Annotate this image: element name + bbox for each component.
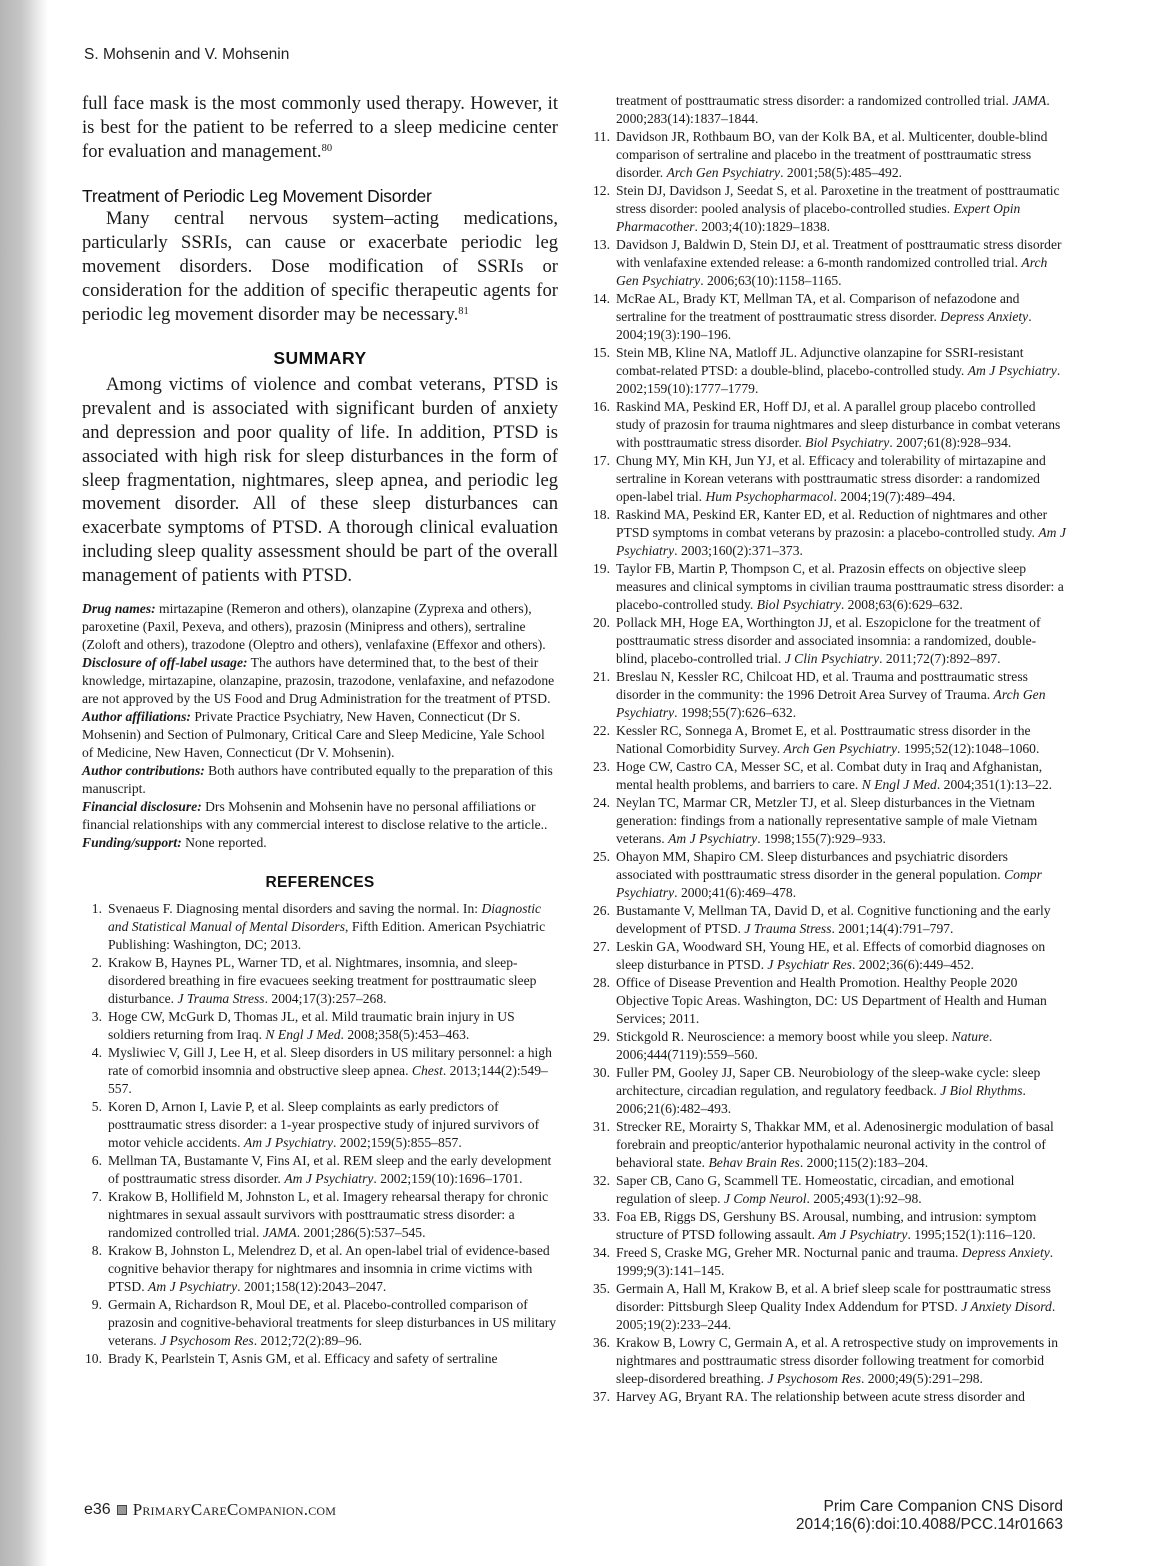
reference-journal: J Psychiatr Res xyxy=(767,957,852,972)
reference-journal: Nature xyxy=(952,1029,989,1044)
plmd-heading: Treatment of Periodic Leg Movement Disor… xyxy=(82,185,558,207)
reference-journal: JAMA xyxy=(263,1225,297,1240)
footer-left: e36 PrimaryCareCompanion.com xyxy=(84,1500,336,1520)
reference-citation: . 1998;155(7):929–933. xyxy=(757,831,886,846)
reference-journal: N Engl J Med xyxy=(862,777,937,792)
reference-citation: . 2004;19(7):489–494. xyxy=(833,489,955,504)
reference-number: 34. xyxy=(590,1244,610,1262)
reference-number: 1. xyxy=(82,900,102,918)
reference-citation: . 2001;14(4):791–797. xyxy=(832,921,954,936)
citation-80[interactable]: 80 xyxy=(322,143,333,154)
reference-journal: Am J Psychiatry xyxy=(968,363,1057,378)
note-label: Author contributions: xyxy=(82,763,205,778)
reference-item: 33.Foa EB, Riggs DS, Gershuny BS. Arousa… xyxy=(590,1208,1066,1244)
page-edge-shadow xyxy=(0,0,48,1566)
page-number: e36 xyxy=(84,1501,111,1519)
reference-item: 9.Germain A, Richardson R, Moul DE, et a… xyxy=(82,1296,558,1350)
reference-number: 36. xyxy=(590,1334,610,1352)
summary-paragraph: Among victims of violence and combat vet… xyxy=(82,373,558,587)
reference-journal: J Trauma Stress xyxy=(744,921,831,936)
reference-item: 6.Mellman TA, Bustamante V, Fins AI, et … xyxy=(82,1152,558,1188)
reference-citation: . 2002;159(5):855–857. xyxy=(333,1135,462,1150)
reference-journal: Chest xyxy=(412,1063,443,1078)
summary-heading: SUMMARY xyxy=(82,348,558,369)
reference-journal: Depress Anxiety xyxy=(962,1245,1050,1260)
reference-item: 14.McRae AL, Brady KT, Mellman TA, et al… xyxy=(590,290,1066,344)
reference-item: 7.Krakow B, Hollifield M, Johnston L, et… xyxy=(82,1188,558,1242)
reference-journal: JAMA xyxy=(1012,93,1046,108)
reference-number: 10. xyxy=(82,1350,102,1368)
reference-journal: Am J Psychiatry xyxy=(668,831,757,846)
article-notes: Drug names: mirtazapine (Remeron and oth… xyxy=(82,600,558,852)
reference-journal: Am J Psychiatry xyxy=(818,1227,907,1242)
reference-number: 21. xyxy=(590,668,610,686)
reference-item: 31.Strecker RE, Morairty S, Thakkar MM, … xyxy=(590,1118,1066,1172)
reference-number: 6. xyxy=(82,1152,102,1170)
reference-citation: . 2012;72(2):89–96. xyxy=(254,1333,362,1348)
reference-number: 29. xyxy=(590,1028,610,1046)
reference-item: 15.Stein MB, Kline NA, Matloff JL. Adjun… xyxy=(590,344,1066,398)
reference-journal: Arch Gen Psychiatry xyxy=(784,741,898,756)
reference-text: Svenaeus F. Diagnosing mental disorders … xyxy=(108,901,481,916)
reference-item: 13.Davidson J, Baldwin D, Stein DJ, et a… xyxy=(590,236,1066,290)
reference-item: 30.Fuller PM, Gooley JJ, Saper CB. Neuro… xyxy=(590,1064,1066,1118)
note-label: Financial disclosure: xyxy=(82,799,202,814)
reference-item: 36.Krakow B, Lowry C, Germain A, et al. … xyxy=(590,1334,1066,1388)
references-heading: REFERENCES xyxy=(82,874,558,892)
reference-journal: J Comp Neurol xyxy=(724,1191,807,1206)
reference-journal: J Trauma Stress xyxy=(177,991,264,1006)
reference-text: Freed S, Craske MG, Greher MR. Nocturnal… xyxy=(616,1245,962,1260)
footer-citation: Prim Care Companion CNS Disord 2014;16(6… xyxy=(796,1498,1063,1534)
reference-number: 12. xyxy=(590,182,610,200)
plmd-paragraph: Many central nervous system–acting medic… xyxy=(82,207,558,326)
reference-citation: . 2000;115(2):183–204. xyxy=(800,1155,928,1170)
reference-item: 28.Office of Disease Prevention and Heal… xyxy=(590,974,1066,1028)
reference-journal: J Anxiety Disord xyxy=(961,1299,1052,1314)
reference-item: treatment of posttraumatic stress disord… xyxy=(590,92,1066,128)
intro-paragraph: full face mask is the most commonly used… xyxy=(82,92,558,163)
reference-citation: . 2008;358(5):453–463. xyxy=(341,1027,470,1042)
reference-text: Raskind MA, Peskind ER, Kanter ED, et al… xyxy=(616,507,1047,540)
reference-citation: . 2003;4(10):1829–1838. xyxy=(695,219,831,234)
reference-journal: Biol Psychiatry xyxy=(805,435,889,450)
reference-journal: Depress Anxiety xyxy=(940,309,1028,324)
reference-number: 24. xyxy=(590,794,610,812)
reference-item: 21.Breslau N, Kessler RC, Chilcoat HD, e… xyxy=(590,668,1066,722)
reference-number: 8. xyxy=(82,1242,102,1260)
note-contributions: Author contributions: Both authors have … xyxy=(82,762,558,798)
reference-number: 30. xyxy=(590,1064,610,1082)
reference-number: 13. xyxy=(590,236,610,254)
note-label: Author affiliations: xyxy=(82,709,191,724)
running-head: S. Mohsenin and V. Mohsenin xyxy=(84,46,289,64)
reference-citation: . 2011;72(7):892–897. xyxy=(879,651,1000,666)
note-label: Disclosure of off-label usage: xyxy=(82,655,248,670)
reference-number: 14. xyxy=(590,290,610,308)
reference-citation: . 2002;159(10):1696–1701. xyxy=(373,1171,522,1186)
reference-text: Davidson J, Baldwin D, Stein DJ, et al. … xyxy=(616,237,1062,270)
reference-journal: J Psychosom Res xyxy=(160,1333,254,1348)
reference-number: 4. xyxy=(82,1044,102,1062)
reference-journal: J Psychosom Res xyxy=(767,1371,861,1386)
reference-number: 16. xyxy=(590,398,610,416)
reference-number: 7. xyxy=(82,1188,102,1206)
reference-text: Brady K, Pearlstein T, Asnis GM, et al. … xyxy=(108,1351,498,1366)
reference-citation: . 2008;63(6):629–632. xyxy=(841,597,963,612)
reference-item: 16.Raskind MA, Peskind ER, Hoff DJ, et a… xyxy=(590,398,1066,452)
reference-journal: J Clin Psychiatry xyxy=(785,651,879,666)
note-drug-names: Drug names: mirtazapine (Remeron and oth… xyxy=(82,600,558,654)
reference-text: Office of Disease Prevention and Health … xyxy=(616,975,1047,1026)
reference-number: 2. xyxy=(82,954,102,972)
reference-citation: . 2007;61(8):928–934. xyxy=(889,435,1011,450)
reference-number: 15. xyxy=(590,344,610,362)
reference-item: 26.Bustamante V, Mellman TA, David D, et… xyxy=(590,902,1066,938)
reference-item: 32.Saper CB, Cano G, Scammell TE. Homeos… xyxy=(590,1172,1066,1208)
reference-item: 11.Davidson JR, Rothbaum BO, van der Kol… xyxy=(590,128,1066,182)
reference-number: 23. xyxy=(590,758,610,776)
note-label: Funding/support: xyxy=(82,835,182,850)
reference-citation: . 2004;351(1):13–22. xyxy=(937,777,1052,792)
reference-item: 25.Ohayon MM, Shapiro CM. Sleep disturba… xyxy=(590,848,1066,902)
reference-item: 8.Krakow B, Johnston L, Melendrez D, et … xyxy=(82,1242,558,1296)
reference-citation: . 2004;17(3):257–268. xyxy=(265,991,387,1006)
reference-item: 29.Stickgold R. Neuroscience: a memory b… xyxy=(590,1028,1066,1064)
reference-number: 37. xyxy=(590,1388,610,1406)
reference-number: 17. xyxy=(590,452,610,470)
reference-number: 32. xyxy=(590,1172,610,1190)
reference-citation: . 2002;36(6):449–452. xyxy=(852,957,974,972)
reference-number: 3. xyxy=(82,1008,102,1026)
reference-journal: Am J Psychiatry xyxy=(148,1279,237,1294)
reference-citation: . 1995;152(1):116–120. xyxy=(907,1227,1035,1242)
reference-journal: Hum Psychopharmacol xyxy=(705,489,833,504)
journal-name: Prim Care Companion CNS Disord xyxy=(796,1498,1063,1516)
reference-item: 4.Mysliwiec V, Gill J, Lee H, et al. Sle… xyxy=(82,1044,558,1098)
reference-item: 27.Leskin GA, Woodward SH, Young HE, et … xyxy=(590,938,1066,974)
reference-number: 5. xyxy=(82,1098,102,1116)
site-link[interactable]: PrimaryCareCompanion.com xyxy=(133,1500,336,1520)
reference-item: 34.Freed S, Craske MG, Greher MR. Noctur… xyxy=(590,1244,1066,1280)
reference-item: 18.Raskind MA, Peskind ER, Kanter ED, et… xyxy=(590,506,1066,560)
reference-citation: . 2001;58(5):485–492. xyxy=(780,165,902,180)
reference-journal: J Biol Rhythms xyxy=(940,1083,1022,1098)
reference-item: 1.Svenaeus F. Diagnosing mental disorder… xyxy=(82,900,558,954)
note-off-label: Disclosure of off-label usage: The autho… xyxy=(82,654,558,708)
reference-item: 20.Pollack MH, Hoge EA, Worthington JJ, … xyxy=(590,614,1066,668)
reference-item: 3.Hoge CW, McGurk D, Thomas JL, et al. M… xyxy=(82,1008,558,1044)
citation-81[interactable]: 81 xyxy=(458,306,469,317)
reference-list-left: 1.Svenaeus F. Diagnosing mental disorder… xyxy=(82,900,558,1368)
reference-citation: . 2003;160(2):371–373. xyxy=(674,543,803,558)
reference-item: 2.Krakow B, Haynes PL, Warner TD, et al.… xyxy=(82,954,558,1008)
note-financial: Financial disclosure: Drs Mohsenin and M… xyxy=(82,798,558,834)
left-column: full face mask is the most commonly used… xyxy=(82,92,558,1368)
reference-citation: . 2001;158(12):2043–2047. xyxy=(237,1279,386,1294)
reference-number: 18. xyxy=(590,506,610,524)
doi[interactable]: 2014;16(6):doi:10.4088/PCC.14r01663 xyxy=(796,1516,1063,1534)
square-bullet-icon xyxy=(117,1505,127,1515)
reference-item: 5.Koren D, Arnon I, Lavie P, et al. Slee… xyxy=(82,1098,558,1152)
reference-item: 35.Germain A, Hall M, Krakow B, et al. A… xyxy=(590,1280,1066,1334)
reference-item: 17.Chung MY, Min KH, Jun YJ, et al. Effi… xyxy=(590,452,1066,506)
reference-item: 37.Harvey AG, Bryant RA. The relationshi… xyxy=(590,1388,1066,1406)
reference-text: Stickgold R. Neuroscience: a memory boos… xyxy=(616,1029,952,1044)
reference-citation: . 1995;52(12):1048–1060. xyxy=(897,741,1039,756)
reference-number: 20. xyxy=(590,614,610,632)
reference-citation: . 2000;49(5):291–298. xyxy=(861,1371,983,1386)
reference-citation: . 2005;493(1):92–98. xyxy=(807,1191,922,1206)
reference-number: 25. xyxy=(590,848,610,866)
reference-text: Harvey AG, Bryant RA. The relationship b… xyxy=(616,1389,1025,1404)
reference-citation: . 1998;55(7):626–632. xyxy=(674,705,796,720)
note-label: Drug names: xyxy=(82,601,156,616)
reference-citation: . 2001;286(5):537–545. xyxy=(297,1225,426,1240)
reference-text: Breslau N, Kessler RC, Chilcoat HD, et a… xyxy=(616,669,1028,702)
reference-text: treatment of posttraumatic stress disord… xyxy=(616,93,1012,108)
reference-number: 31. xyxy=(590,1118,610,1136)
reference-text: Stein MB, Kline NA, Matloff JL. Adjuncti… xyxy=(616,345,1024,378)
reference-text: Ohayon MM, Shapiro CM. Sleep disturbance… xyxy=(616,849,1008,882)
reference-item: 10.Brady K, Pearlstein T, Asnis GM, et a… xyxy=(82,1350,558,1368)
reference-item: 12.Stein DJ, Davidson J, Seedat S, et al… xyxy=(590,182,1066,236)
note-affiliations: Author affiliations: Private Practice Ps… xyxy=(82,708,558,762)
reference-citation: . 2006;63(10):1158–1165. xyxy=(700,273,841,288)
right-column: treatment of posttraumatic stress disord… xyxy=(590,92,1066,1406)
reference-item: 23.Hoge CW, Castro CA, Messer SC, et al.… xyxy=(590,758,1066,794)
reference-item: 24.Neylan TC, Marmar CR, Metzler TJ, et … xyxy=(590,794,1066,848)
reference-number: 26. xyxy=(590,902,610,920)
reference-journal: Am J Psychiatry xyxy=(284,1171,373,1186)
reference-number: 28. xyxy=(590,974,610,992)
reference-number: 35. xyxy=(590,1280,610,1298)
reference-item: 19.Taylor FB, Martin P, Thompson C, et a… xyxy=(590,560,1066,614)
reference-journal: Arch Gen Psychiatry xyxy=(667,165,781,180)
note-funding: Funding/support: None reported. xyxy=(82,834,558,852)
reference-number: 22. xyxy=(590,722,610,740)
reference-journal: Am J Psychiatry xyxy=(244,1135,333,1150)
reference-journal: Biol Psychiatry xyxy=(757,597,841,612)
intro-text: full face mask is the most commonly used… xyxy=(82,93,558,162)
plmd-text: Many central nervous system–acting medic… xyxy=(82,208,558,324)
reference-journal: N Engl J Med xyxy=(265,1027,340,1042)
reference-number: 19. xyxy=(590,560,610,578)
reference-number: 33. xyxy=(590,1208,610,1226)
note-text: None reported. xyxy=(182,835,267,850)
reference-list-right: treatment of posttraumatic stress disord… xyxy=(590,92,1066,1406)
reference-number: 27. xyxy=(590,938,610,956)
reference-journal: Behav Brain Res xyxy=(708,1155,799,1170)
reference-number: 11. xyxy=(590,128,610,146)
reference-number: 9. xyxy=(82,1296,102,1314)
reference-item: 22.Kessler RC, Sonnega A, Bromet E, et a… xyxy=(590,722,1066,758)
reference-citation: . 2000;41(6):469–478. xyxy=(674,885,796,900)
